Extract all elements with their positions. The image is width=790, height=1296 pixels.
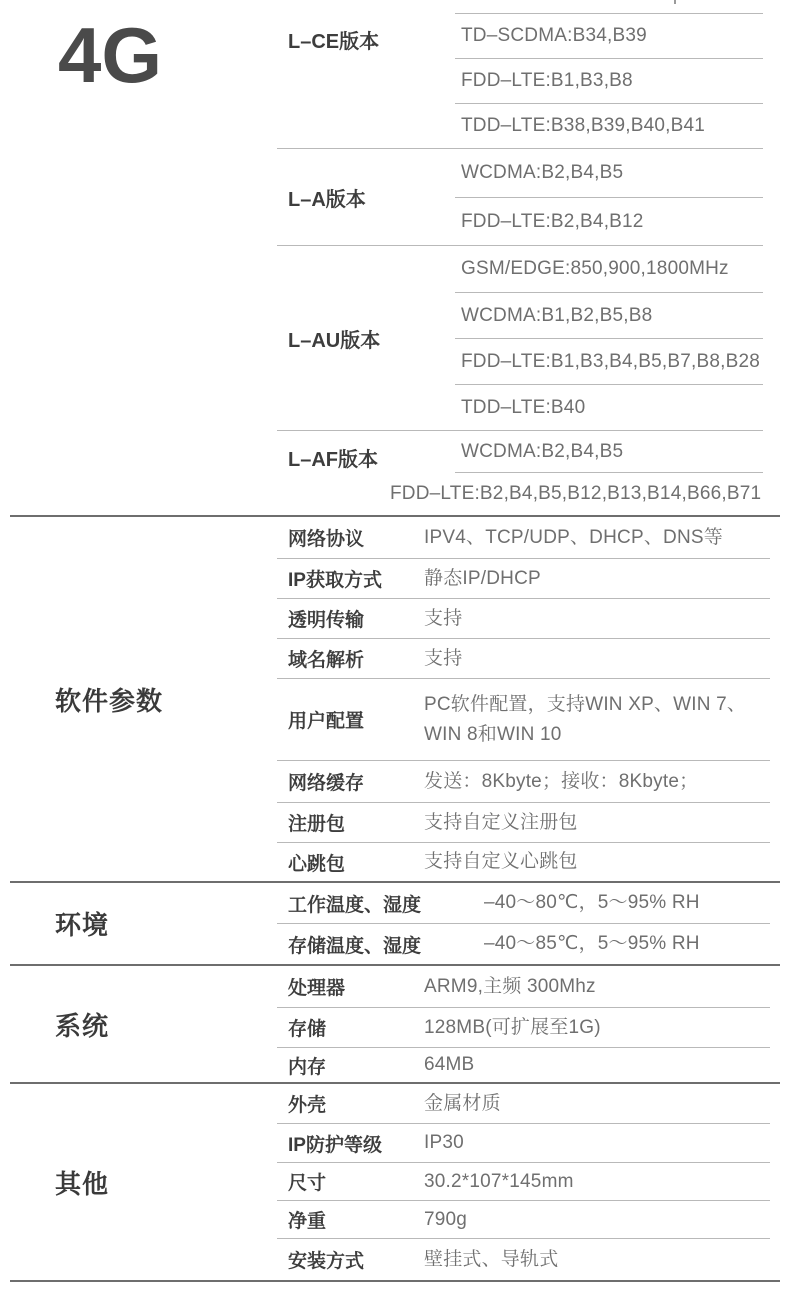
spec-row: 外壳 金属材质 — [277, 1084, 770, 1124]
spec-name: IP获取方式 — [277, 565, 420, 592]
environment-rows: 工作温度、湿度 –40～80℃，5～95% RH 存储温度、湿度 –40～85℃… — [277, 883, 770, 964]
band-value: GSM/EDGE:850,900,1800MHz — [455, 246, 763, 292]
section-4g-label-column: 4G — [0, 0, 277, 515]
spec-name: 用户配置 — [277, 706, 420, 733]
section-title-system: 系统 — [0, 1006, 109, 1043]
spec-row: 用户配置 PC软件配置，支持WIN XP、WIN 7、WIN 8和WIN 10 — [277, 679, 770, 761]
section-other: 其他 外壳 金属材质 IP防护等级 IP30 尺寸 30.2*107*145mm… — [0, 1084, 790, 1280]
other-rows: 外壳 金属材质 IP防护等级 IP30 尺寸 30.2*107*145mm 净重… — [277, 1084, 770, 1280]
section-divider — [10, 1280, 780, 1282]
band-value: WCDMA:B2,B4,B5 — [455, 149, 763, 197]
band-group-lce-label: L–CE版本 — [277, 13, 455, 148]
spec-name: 外壳 — [277, 1090, 420, 1117]
spec-row: 净重 790g — [277, 1201, 770, 1239]
spec-value: PC软件配置，支持WIN XP、WIN 7、WIN 8和WIN 10 — [420, 690, 770, 750]
band-value: TDD–LTE:B40 — [455, 384, 763, 430]
section-title-software: 软件参数 — [0, 681, 163, 718]
band-group-la-label: L–A版本 — [277, 149, 455, 245]
section-software: 软件参数 网络协议 IPV4、TCP/UDP、DHCP、DNS等 IP获取方式 … — [0, 517, 790, 881]
spec-name: 内存 — [277, 1052, 420, 1079]
spec-name: 心跳包 — [277, 849, 420, 876]
spec-sheet: 4G L–CE版本 TD–SCDMA:B34,B39 FDD–LTE:B1,B3… — [0, 0, 790, 1296]
band-group-lce: L–CE版本 TD–SCDMA:B34,B39 FDD–LTE:B1,B3,B8… — [277, 13, 763, 149]
spec-value: 64MB — [420, 1050, 770, 1080]
spec-row: 注册包 支持自定义注册包 — [277, 803, 770, 843]
spec-row: 内存 64MB — [277, 1048, 770, 1082]
spec-row: 网络协议 IPV4、TCP/UDP、DHCP、DNS等 — [277, 517, 770, 559]
spec-row: 存储温度、湿度 –40～85℃，5～95% RH — [277, 924, 770, 964]
spec-value: 静态IP/DHCP — [420, 564, 770, 594]
spec-value: ARM9,主频 300Mhz — [420, 972, 770, 1002]
band-group-lau-label: L–AU版本 — [277, 246, 455, 430]
spec-value: IP30 — [420, 1128, 770, 1158]
spec-value: –40～80℃，5～95% RH — [480, 888, 770, 918]
band-group-la-values: WCDMA:B2,B4,B5 FDD–LTE:B2,B4,B12 — [455, 149, 763, 245]
spec-value: –40～85℃，5～95% RH — [480, 929, 770, 959]
band-group-lce-values: TD–SCDMA:B34,B39 FDD–LTE:B1,B3,B8 TDD–LT… — [455, 13, 763, 148]
spec-name: 净重 — [277, 1206, 420, 1233]
section-system: 系统 处理器 ARM9,主频 300Mhz 存储 128MB(可扩展至1G) 内… — [0, 966, 790, 1082]
spec-row: IP防护等级 IP30 — [277, 1124, 770, 1163]
band-group-lau: L–AU版本 GSM/EDGE:850,900,1800MHz WCDMA:B1… — [277, 246, 763, 431]
spec-name: 域名解析 — [277, 645, 420, 672]
spec-row: 尺寸 30.2*107*145mm — [277, 1163, 770, 1201]
spec-row: 透明传输 支持 — [277, 599, 770, 639]
section-environment: 环境 工作温度、湿度 –40～80℃，5～95% RH 存储温度、湿度 –40～… — [0, 883, 790, 964]
band-value: FDD–LTE:B2,B4,B5,B12,B13,B14,B66,B71 — [390, 473, 763, 515]
section-software-label-column: 软件参数 — [0, 517, 277, 881]
band-value: FDD–LTE:B1,B3,B8 — [455, 58, 763, 103]
spec-name: 安装方式 — [277, 1246, 420, 1273]
spec-name: 存储 — [277, 1014, 420, 1041]
spec-name: 透明传输 — [277, 605, 420, 632]
spec-row: 安装方式 壁挂式、导轨式 — [277, 1239, 770, 1280]
spec-value: IPV4、TCP/UDP、DHCP、DNS等 — [420, 523, 770, 553]
spec-name: 处理器 — [277, 973, 420, 1000]
band-group-laf: L–AF版本 WCDMA:B2,B4,B5 FDD–LTE:B2,B4,B5,B… — [277, 431, 763, 515]
section-system-label-column: 系统 — [0, 966, 277, 1082]
software-rows: 网络协议 IPV4、TCP/UDP、DHCP、DNS等 IP获取方式 静态IP/… — [277, 517, 770, 881]
spec-row: 网络缓存 发送：8Kbyte；接收：8Kbyte； — [277, 761, 770, 803]
spec-value: 128MB(可扩展至1G) — [420, 1013, 770, 1043]
band-value: WCDMA:B1,B2,B5,B8 — [455, 292, 763, 338]
spec-value: 支持 — [420, 644, 770, 674]
band-groups: L–CE版本 TD–SCDMA:B34,B39 FDD–LTE:B1,B3,B8… — [277, 0, 763, 515]
spec-value: 发送：8Kbyte；接收：8Kbyte； — [420, 767, 770, 797]
spec-value: 支持自定义注册包 — [420, 808, 770, 838]
spec-row: 域名解析 支持 — [277, 639, 770, 679]
spec-row: 工作温度、湿度 –40～80℃，5～95% RH — [277, 883, 770, 924]
spec-name: 工作温度、湿度 — [277, 890, 480, 917]
section-title-other: 其他 — [0, 1164, 109, 1201]
spec-value: 支持 — [420, 604, 770, 634]
spec-row: 存储 128MB(可扩展至1G) — [277, 1008, 770, 1048]
band-value: WCDMA:B2,B4,B5 — [455, 431, 763, 473]
band-value: FDD–LTE:B1,B3,B4,B5,B7,B8,B28 — [455, 338, 763, 384]
section-title-environment: 环境 — [0, 905, 109, 942]
section-other-label-column: 其他 — [0, 1084, 277, 1280]
spec-row: IP获取方式 静态IP/DHCP — [277, 559, 770, 599]
spec-name: 注册包 — [277, 809, 420, 836]
system-rows: 处理器 ARM9,主频 300Mhz 存储 128MB(可扩展至1G) 内存 6… — [277, 966, 770, 1082]
spec-name: 存储温度、湿度 — [277, 931, 480, 958]
spec-value: 30.2*107*145mm — [420, 1167, 770, 1197]
cropped-artifact — [674, 0, 676, 4]
section-environment-label-column: 环境 — [0, 883, 277, 964]
band-group-laf-values: WCDMA:B2,B4,B5 FDD–LTE:B2,B4,B5,B12,B13,… — [455, 431, 763, 515]
spec-row: 心跳包 支持自定义心跳包 — [277, 843, 770, 881]
band-group-lau-values: GSM/EDGE:850,900,1800MHz WCDMA:B1,B2,B5,… — [455, 246, 763, 430]
spec-name: 网络协议 — [277, 524, 420, 551]
section-title-4g: 4G — [0, 0, 162, 515]
band-value: TD–SCDMA:B34,B39 — [455, 13, 763, 58]
band-value: FDD–LTE:B2,B4,B12 — [455, 197, 763, 245]
spec-value: 金属材质 — [420, 1089, 770, 1119]
spec-name: 网络缓存 — [277, 768, 420, 795]
spec-value: 790g — [420, 1205, 770, 1235]
spec-value: 壁挂式、导轨式 — [420, 1245, 770, 1275]
band-group-la: L–A版本 WCDMA:B2,B4,B5 FDD–LTE:B2,B4,B12 — [277, 149, 763, 246]
spec-row: 处理器 ARM9,主频 300Mhz — [277, 966, 770, 1008]
spec-name: IP防护等级 — [277, 1130, 420, 1157]
spec-value: 支持自定义心跳包 — [420, 847, 770, 877]
band-value: TDD–LTE:B38,B39,B40,B41 — [455, 103, 763, 148]
spec-name: 尺寸 — [277, 1168, 420, 1195]
section-4g: 4G L–CE版本 TD–SCDMA:B34,B39 FDD–LTE:B1,B3… — [0, 0, 790, 515]
